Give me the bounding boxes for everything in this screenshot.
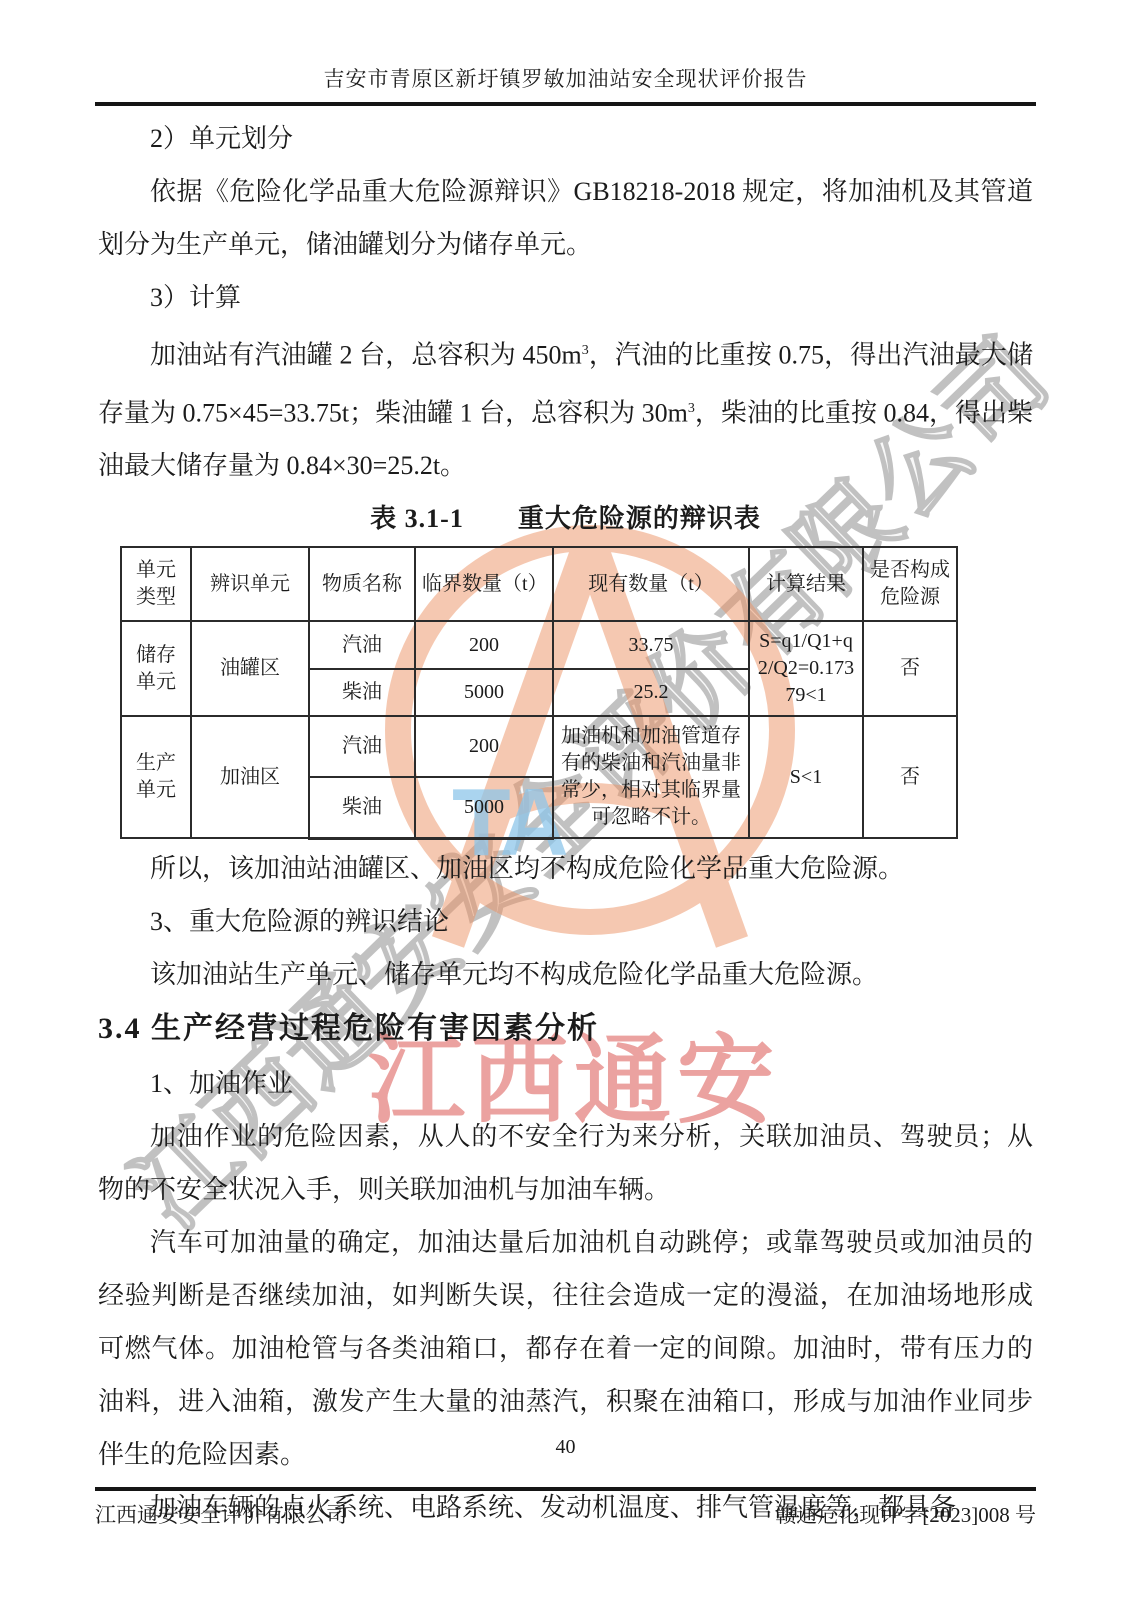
table-caption: 表 3.1-1 重大危险源的辩识表: [98, 496, 1033, 542]
paragraph-refueling-1: 加油作业的危险因素，从人的不安全行为来分析，关联加油员、驾驶员；从物的不安全状况…: [98, 1110, 1033, 1216]
col-header-material: 物质名称: [309, 547, 415, 621]
cell-storage-is-hazard: 否: [863, 621, 957, 716]
cell-storage-calc-result: S=q1/Q1+q2/Q2=0.17379<1: [749, 621, 863, 716]
cell-critical-qty: 5000: [415, 669, 553, 717]
cell-critical-qty: 5000: [415, 777, 553, 838]
cell-production-ident-unit: 加油区: [191, 716, 309, 838]
cell-production-existing-note: 加油机和加油管道存有的柴油和汽油量非常少，相对其临界量可忽略不计。: [553, 716, 749, 838]
col-header-calc-result: 计算结果: [749, 547, 863, 621]
col-header-unit-type: 单元类型: [121, 547, 191, 621]
cell-production-unit-type: 生产单元: [121, 716, 191, 838]
col-header-is-hazard: 是否构成危险源: [863, 547, 957, 621]
paragraph-unit-division: 依据《危险化学品重大危险源辩识》GB18218-2018 规定，将加油机及其管道…: [98, 165, 1033, 271]
section-3-heading: 3）计算: [98, 271, 1033, 324]
cell-material: 汽油: [309, 621, 415, 669]
cell-material: 柴油: [309, 669, 415, 717]
superscript-cubed: 3: [582, 343, 589, 358]
report-page: 江西通安安全评价有限公司 TA 江西通安 吉安市青原区新圩镇罗敏加油站安全现状评…: [0, 0, 1131, 1600]
cell-material: 汽油: [309, 716, 415, 777]
document-body: 2）单元划分 依据《危险化学品重大危险源辩识》GB18218-2018 规定，将…: [0, 106, 1131, 1534]
section-conclusion-heading: 3、重大危险源的辨识结论: [98, 895, 1033, 948]
cell-production-is-hazard: 否: [863, 716, 957, 838]
hazard-identification-table: 单元类型 辨识单元 物质名称 临界数量（t） 现有数量（t） 计算结果 是否构成…: [120, 546, 958, 840]
section-2-heading: 2）单元划分: [98, 112, 1033, 165]
cell-storage-ident-unit: 油罐区: [191, 621, 309, 716]
page-header: 吉安市青原区新圩镇罗敏加油站安全现状评价报告: [0, 0, 1131, 106]
col-header-existing-qty: 现有数量（t）: [553, 547, 749, 621]
cell-critical-qty: 200: [415, 621, 553, 669]
superscript-cubed: 3: [688, 401, 695, 416]
cell-existing-qty: 33.75: [553, 621, 749, 669]
table-row: 储存单元 油罐区 汽油 200 33.75 S=q1/Q1+q2/Q2=0.17…: [121, 621, 957, 669]
page-number: 40: [0, 1436, 1131, 1459]
cell-storage-unit-type: 储存单元: [121, 621, 191, 716]
header-title: 吉安市青原区新圩镇罗敏加油站安全现状评价报告: [95, 66, 1036, 92]
cell-critical-qty: 200: [415, 716, 553, 777]
footer-document-number: 赣通危化现评字[2023]008 号: [775, 1499, 1036, 1529]
section-3-4-heading: 3.4 生产经营过程危险有害因素分析: [98, 1001, 1033, 1057]
page-footer: 江西通安安全评价有限公司 赣通危化现评字[2023]008 号: [95, 1487, 1036, 1529]
col-header-critical-qty: 临界数量（t）: [415, 547, 553, 621]
calc-text-part: 加油站有汽油罐 2 台，总容积为 450m: [150, 341, 582, 370]
table-header-row: 单元类型 辨识单元 物质名称 临界数量（t） 现有数量（t） 计算结果 是否构成…: [121, 547, 957, 621]
paragraph-conclusion-1: 所以，该加油站油罐区、加油区均不构成危险化学品重大危险源。: [98, 842, 1033, 895]
cell-production-calc-result: S<1: [749, 716, 863, 838]
footer-company-name: 江西通安安全评价有限公司: [95, 1499, 347, 1529]
table-row: 生产单元 加油区 汽油 200 加油机和加油管道存有的柴油和汽油量非常少，相对其…: [121, 716, 957, 777]
paragraph-calculation: 加油站有汽油罐 2 台，总容积为 450m3，汽油的比重按 0.75，得出汽油最…: [98, 324, 1033, 492]
cell-existing-qty: 25.2: [553, 669, 749, 717]
col-header-ident-unit: 辨识单元: [191, 547, 309, 621]
cell-material: 柴油: [309, 777, 415, 838]
subsection-refueling-heading: 1、加油作业: [98, 1057, 1033, 1110]
paragraph-conclusion-2: 该加油站生产单元、储存单元均不构成危险化学品重大危险源。: [98, 948, 1033, 1001]
